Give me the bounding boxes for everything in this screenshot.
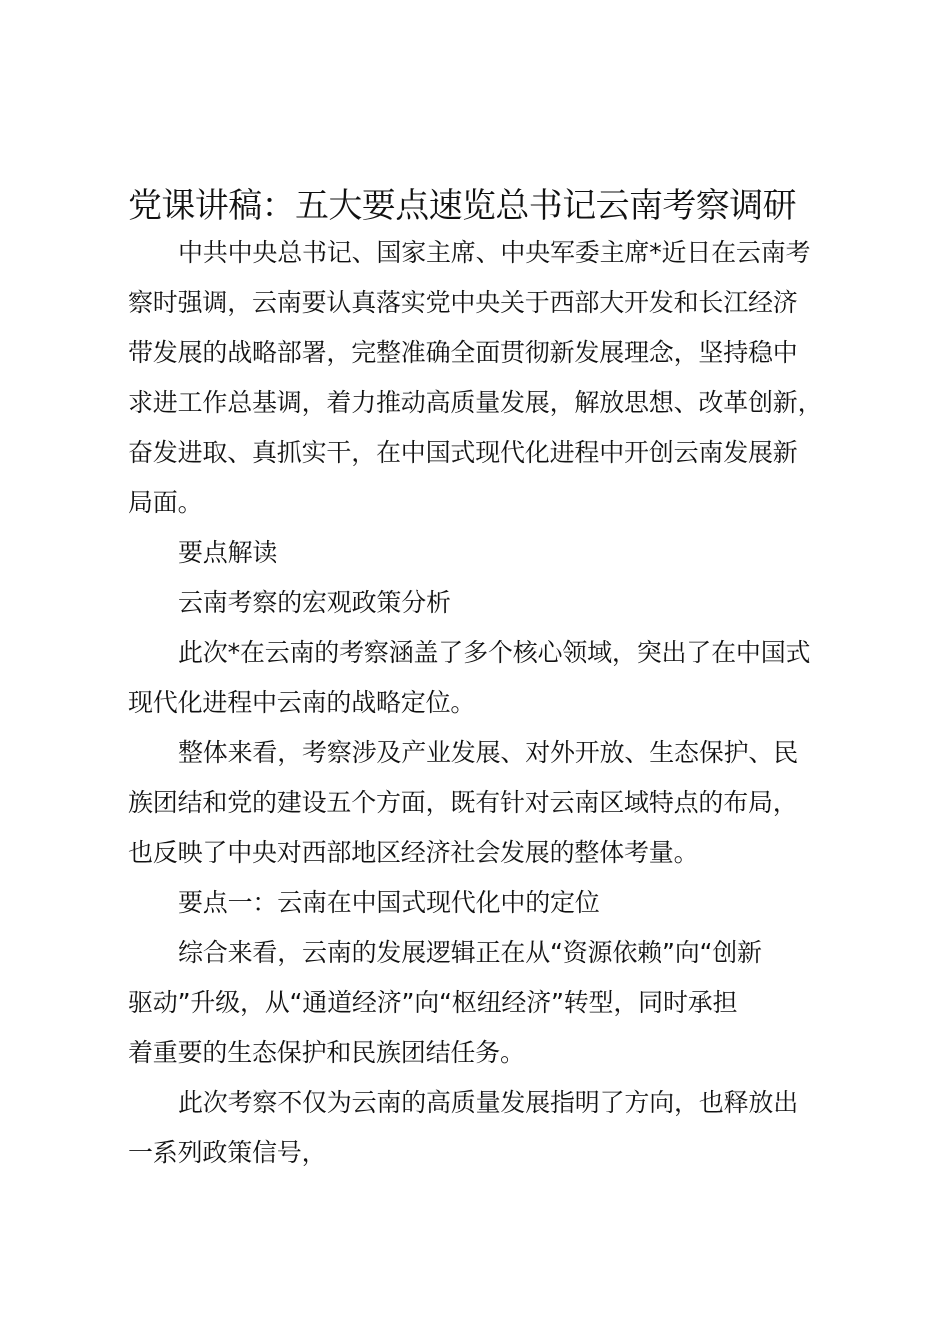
paragraph-line: 带发展的战略部署，完整准确全面贯彻新发展理念，坚持稳中 [128, 333, 838, 383]
paragraph-line: 局面。 [128, 483, 838, 533]
paragraph-line: 也反映了中央对西部地区经济社会发展的整体考量。 [128, 833, 838, 883]
paragraph-line: 此次考察不仅为云南的高质量发展指明了方向，也释放出 [128, 1083, 838, 1133]
document-page: 党课讲稿：五大要点速览总书记云南考察调研 中共中央总书记、国家主席、中央军委主席… [0, 0, 950, 1344]
subsection-heading: 云南考察的宏观政策分析 [128, 583, 838, 633]
paragraph-line: 着重要的生态保护和民族团结任务。 [128, 1033, 838, 1083]
paragraph-line: 求进工作总基调，着力推动高质量发展，解放思想、改革创新， [128, 383, 838, 433]
paragraph-line: 族团结和党的建设五个方面，既有针对云南区域特点的布局， [128, 783, 838, 833]
paragraph-line: 综合来看，云南的发展逻辑正在从“资源依赖”向“创新 [128, 933, 838, 983]
paragraph-line: 整体来看，考察涉及产业发展、对外开放、生态保护、民 [128, 733, 838, 783]
paragraph-line: 此次*在云南的考察涵盖了多个核心领域，突出了在中国式 [128, 633, 838, 683]
paragraph-line: 中共中央总书记、国家主席、中央军委主席*近日在云南考 [128, 233, 838, 283]
paragraph-line: 现代化进程中云南的战略定位。 [128, 683, 838, 733]
paragraph-line: 一系列政策信号， [128, 1133, 838, 1183]
section-heading: 要点解读 [128, 533, 838, 583]
document-title: 党课讲稿：五大要点速览总书记云南考察调研 [128, 184, 838, 228]
paragraph-line: 驱动”升级，从“通道经济”向“枢纽经济”转型，同时承担 [128, 983, 838, 1033]
paragraph-line: 察时强调，云南要认真落实党中央关于西部大开发和长江经济 [128, 283, 838, 333]
subsection-heading: 要点一：云南在中国式现代化中的定位 [128, 883, 838, 933]
paragraph-line: 奋发进取、真抓实干，在中国式现代化进程中开创云南发展新 [128, 433, 838, 483]
document-body: 中共中央总书记、国家主席、中央军委主席*近日在云南考 察时强调，云南要认真落实党… [128, 233, 838, 1183]
